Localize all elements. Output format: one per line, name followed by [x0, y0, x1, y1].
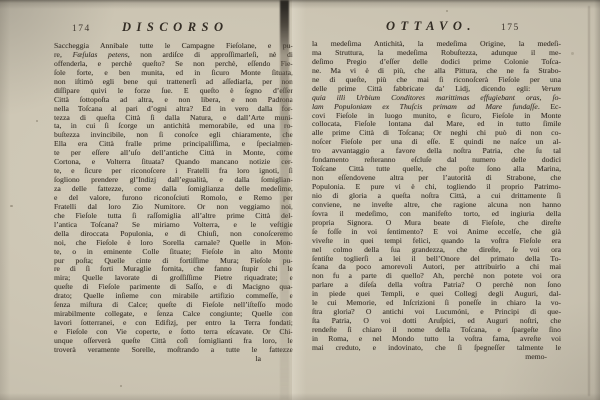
- right-catchword: memo-: [312, 353, 561, 362]
- paper-speck: [36, 120, 38, 122]
- paper-speck: [571, 52, 574, 55]
- gutter-highlight: [292, 0, 306, 400]
- left-catchword: la: [54, 355, 293, 364]
- paper-speck: [10, 205, 13, 207]
- text-line: mai creduto, e indovinato, che ſi ſpegne…: [312, 344, 561, 353]
- left-text-block: Saccheggia Annibale tutte le Campagne Fi…: [54, 42, 293, 364]
- right-text-block: la medeſima Antichità, la medeſima Origi…: [312, 40, 561, 362]
- paper-speck: [533, 330, 535, 332]
- left-page-number: 174: [72, 24, 91, 34]
- left-running-title: DISCORSO: [122, 20, 229, 35]
- paper-speck: [446, 10, 448, 12]
- right-page-number: 175: [501, 23, 520, 33]
- right-text-lines: la medeſima Antichità, la medeſima Origi…: [312, 40, 561, 353]
- binding-gutter-shadow: [280, 0, 289, 400]
- left-text-lines: Saccheggia Annibale tutte le Campagne Fi…: [54, 42, 293, 355]
- paper-speck: [120, 385, 122, 387]
- page-edge-line: [588, 6, 590, 396]
- right-running-title: OTTAVO.: [386, 19, 476, 34]
- book-scan: 174 DISCORSO Saccheggia Annibale tutte l…: [0, 0, 600, 400]
